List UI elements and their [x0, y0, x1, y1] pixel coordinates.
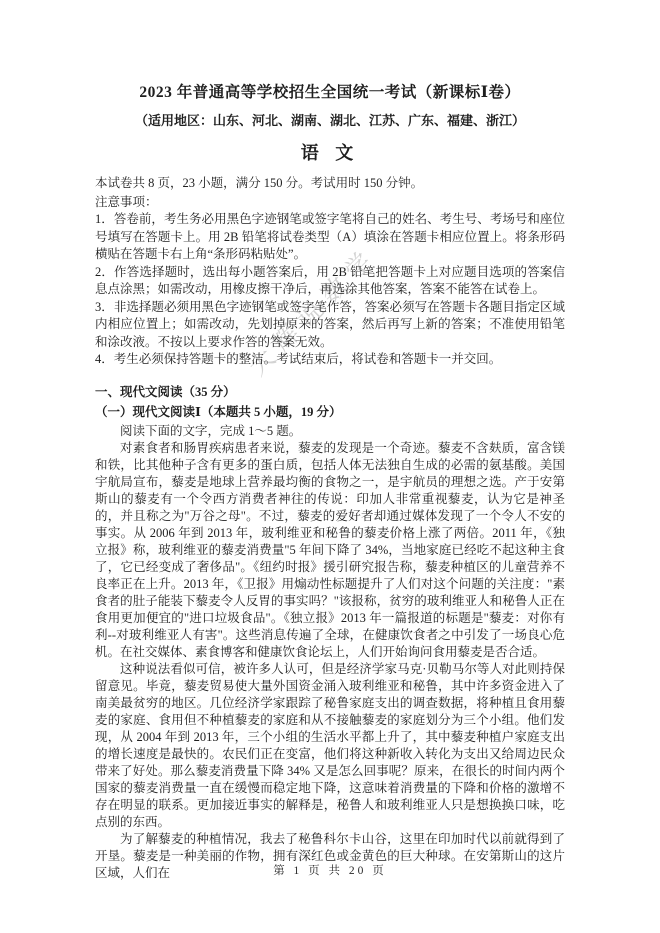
exam-info: 本试卷共 8 页，23 小题，满分 150 分。考试用时 150 分钟。	[95, 175, 565, 193]
section-heading: 一、现代文阅读（35 分）	[95, 383, 565, 401]
passage-paragraph-1: 对素食者和肠胃疾病患者来说，藜麦的发现是一个奇迹。藜麦不含麸质，富含镁和铁，比其…	[95, 440, 565, 661]
notice-item-3: 3．非选择题必须用黑色字迹钢笔或签字笔作答，答案必须写在答题卡各题目指定区域内相…	[95, 299, 565, 352]
exam-page: 2023 年普通高等学校招生全国统一考试（新课标Ⅰ卷） （适用地区：山东、河北、…	[95, 0, 565, 882]
notice-item-2: 2．作答选择题时，选出每小题答案后，用 2B 铅笔把答题卡上对应题目选项的答案信…	[95, 264, 565, 299]
passage-paragraph-2: 这种说法看似可信，被许多人认可，但是经济学家马克·贝勒马尔等人对此则持保留意见。…	[95, 661, 565, 831]
subsection-heading: （一）现代文阅读Ⅰ（本题共 5 小题，19 分）	[95, 403, 565, 421]
notice-item-4: 4．考生必须保持答题卡的整洁。考试结束后，将试卷和答题卡一并交回。	[95, 351, 565, 369]
page-title: 2023 年普通高等学校招生全国统一考试（新课标Ⅰ卷）	[95, 80, 565, 102]
reading-instruction: 阅读下面的文字，完成 1～5 题。	[95, 423, 565, 440]
subject-title: 语 文	[95, 139, 565, 165]
notice-item-1: 1．答卷前，考生务必用黑色字迹钢笔或签字笔将自己的姓名、考生号、考场号和座位号填…	[95, 211, 565, 264]
applicable-regions: （适用地区：山东、河北、湖南、湖北、江苏、广东、福建、浙江）	[95, 110, 565, 129]
notice-title: 注意事项：	[95, 194, 565, 212]
page-number-footer: 第 1 页 共 20 页	[0, 862, 660, 878]
